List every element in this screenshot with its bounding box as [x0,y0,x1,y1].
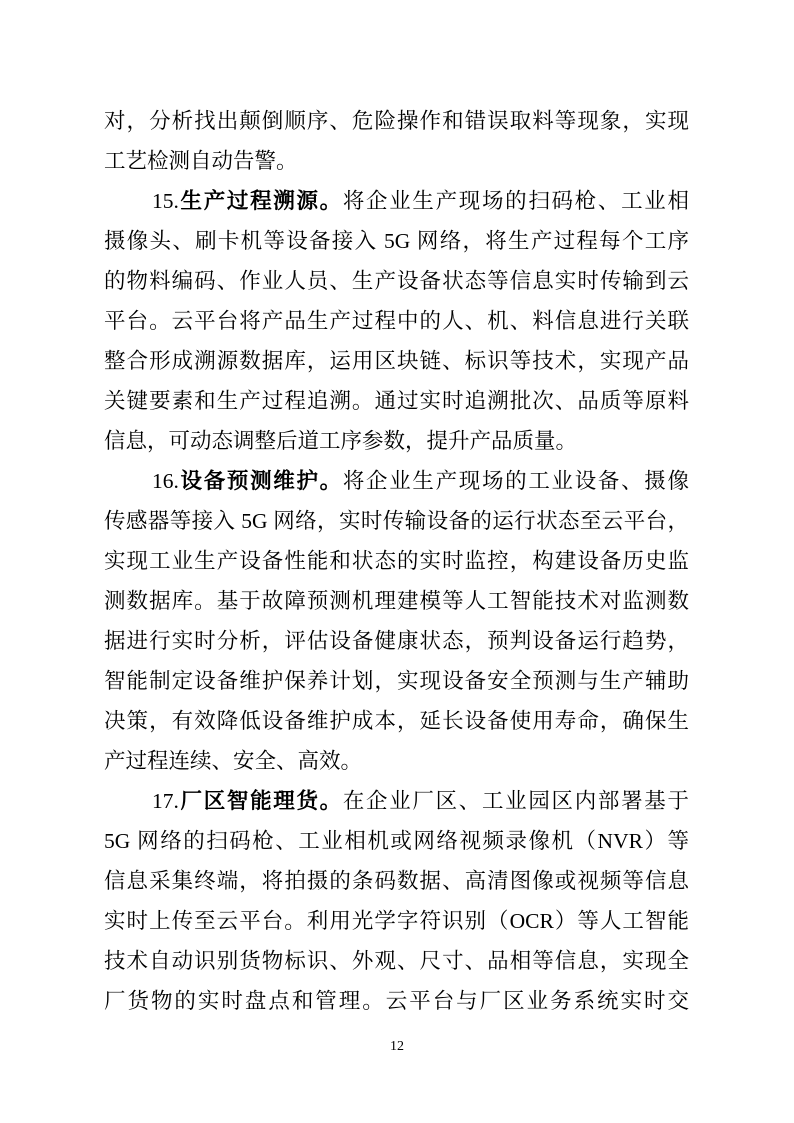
body-text: 整合形成溯源数据库，运用区块链、标识等技术，实现产品 [104,349,689,373]
body-text: 对，分析找出颠倒顺序、危险操作和错误取料等现象，实现 [104,109,689,133]
body-text: 5G 网络的扫码枪、工业相机或网络视频录像机（NVR）等 [104,829,689,853]
body-text: 传感器等接入 5G 网络，实时传输设备的运行状态至云平台， [104,509,689,533]
text-line: 17.厂区智能理货。在企业厂区、工业园区内部署基于 [104,781,689,821]
text-line: 5G 网络的扫码枪、工业相机或网络视频录像机（NVR）等 [104,821,689,861]
body-text: 实时上传至云平台。利用光学字符识别（OCR）等人工智能 [104,909,689,933]
body-text: 关键要素和生产过程追溯。通过实时追溯批次、品质等原料 [104,389,689,413]
body-text: 产过程连续、安全、高效。 [104,749,362,773]
text-line: 实现工业生产设备性能和状态的实时监控，构建设备历史监 [104,541,689,581]
body-text: 摄像头、刷卡机等设备接入 5G 网络，将生产过程每个工序 [104,229,689,253]
text-line: 16.设备预测维护。将企业生产现场的工业设备、摄像头、 [104,461,689,501]
text-line: 智能制定设备维护保养计划，实现设备安全预测与生产辅助 [104,661,689,701]
body-text: 平台。云平台将产品生产过程中的人、机、料信息进行关联 [104,309,689,333]
body-text: 信息采集终端，将拍摄的条码数据、高清图像或视频等信息 [104,869,689,893]
text-line: 15.生产过程溯源。将企业生产现场的扫码枪、工业相机、 [104,181,689,221]
document-page: 对，分析找出颠倒顺序、危险操作和错误取料等现象，实现工艺检测自动告警。15.生产… [0,0,794,1123]
body-text: 技术自动识别货物标识、外观、尺寸、品相等信息，实现全 [104,949,689,973]
section-heading-text: 设备预测维护。 [179,469,343,493]
body-text: 决策，有效降低设备维护成本，延长设备使用寿命，确保生 [104,709,689,733]
text-line: 传感器等接入 5G 网络，实时传输设备的运行状态至云平台， [104,501,689,541]
text-line: 厂货物的实时盘点和管理。云平台与厂区业务系统实时交 [104,981,689,1021]
text-line: 对，分析找出颠倒顺序、危险操作和错误取料等现象，实现 [104,101,689,141]
text-line: 信息，可动态调整后道工序参数，提升产品质量。 [104,421,689,461]
text-line: 产过程连续、安全、高效。 [104,741,689,781]
body-text: 信息，可动态调整后道工序参数，提升产品质量。 [104,429,577,453]
body-text: 17. [152,789,179,813]
body-text: 实现工业生产设备性能和状态的实时监控，构建设备历史监 [104,549,689,573]
text-line: 信息采集终端，将拍摄的条码数据、高清图像或视频等信息 [104,861,689,901]
text-line: 据进行实时分析，评估设备健康状态，预判设备运行趋势， [104,621,689,661]
text-line: 整合形成溯源数据库，运用区块链、标识等技术，实现产品 [104,341,689,381]
section-heading-text: 生产过程溯源。 [179,189,343,213]
text-line: 技术自动识别货物标识、外观、尺寸、品相等信息，实现全 [104,941,689,981]
body-text: 16. [152,469,179,493]
text-line: 工艺检测自动告警。 [104,141,689,181]
body-text: 工艺检测自动告警。 [104,149,298,173]
text-line: 摄像头、刷卡机等设备接入 5G 网络，将生产过程每个工序 [104,221,689,261]
body-text: 在企业厂区、工业园区内部署基于 [343,789,689,813]
text-line: 关键要素和生产过程追溯。通过实时追溯批次、品质等原料 [104,381,689,421]
text-body: 对，分析找出颠倒顺序、危险操作和错误取料等现象，实现工艺检测自动告警。15.生产… [104,101,689,1021]
body-text: 据进行实时分析，评估设备健康状态，预判设备运行趋势， [104,629,689,653]
page-number: 12 [0,1037,794,1057]
text-line: 实时上传至云平台。利用光学字符识别（OCR）等人工智能 [104,901,689,941]
text-line: 测数据库。基于故障预测机理建模等人工智能技术对监测数 [104,581,689,621]
text-line: 平台。云平台将产品生产过程中的人、机、料信息进行关联 [104,301,689,341]
text-line: 决策，有效降低设备维护成本，延长设备使用寿命，确保生 [104,701,689,741]
text-line: 的物料编码、作业人员、生产设备状态等信息实时传输到云 [104,261,689,301]
body-text: 智能制定设备维护保养计划，实现设备安全预测与生产辅助 [104,669,689,693]
body-text: 厂货物的实时盘点和管理。云平台与厂区业务系统实时交 [104,989,689,1013]
section-heading-text: 厂区智能理货。 [179,789,343,813]
body-text: 15. [152,189,179,213]
body-text: 测数据库。基于故障预测机理建模等人工智能技术对监测数 [104,589,689,613]
body-text: 的物料编码、作业人员、生产设备状态等信息实时传输到云 [104,269,689,293]
